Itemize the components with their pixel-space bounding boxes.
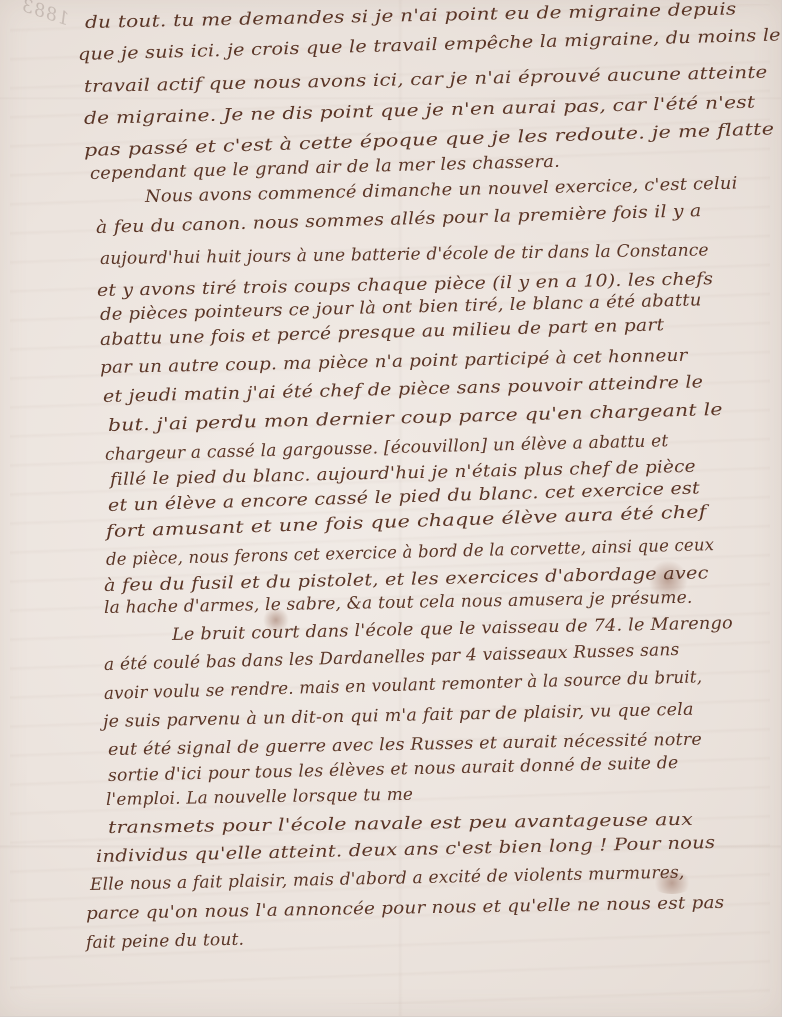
- letter-line: individus qu'elle atteint. deux ans c'es…: [96, 833, 716, 867]
- letter-line: l'emploi. La nouvelle lorsque tu me: [106, 785, 413, 810]
- letter-line: Elle nous a fait plaisir, mais d'abord a…: [90, 863, 685, 895]
- letter-line: but. j'ai perdu mon dernier coup parce q…: [108, 400, 723, 436]
- letter-line: du tout. tu me demandes si je n'ai point…: [85, 0, 737, 33]
- letter-body: du tout. tu me demandes si je n'ai point…: [0, 0, 781, 1016]
- letter-line: avoir voulu se rendre. mais en voulant r…: [104, 667, 703, 704]
- letter-line: fait peine du tout.: [86, 930, 245, 953]
- letter-paper: 1883 du tout. tu me demandes si je n'ai …: [0, 0, 782, 1017]
- letter-line: à feu du canon. nous sommes allés pour l…: [96, 201, 702, 238]
- letter-line: que je suis ici. je crois que le travail…: [78, 25, 781, 65]
- letter-line: parce qu'on nous l'a annoncée pour nous …: [86, 893, 725, 924]
- letter-line: travail actif que nous avons ici, car je…: [84, 63, 768, 97]
- letter-line: aujourd'hui huit jours à une batterie d'…: [100, 241, 709, 269]
- letter-line: par un autre coup. ma pièce n'a point pa…: [100, 346, 688, 378]
- letter-line: je suis parvenu à un dit-on qui m'a fait…: [103, 700, 694, 732]
- letter-line: transmets pour l'école navale est peu av…: [108, 810, 693, 838]
